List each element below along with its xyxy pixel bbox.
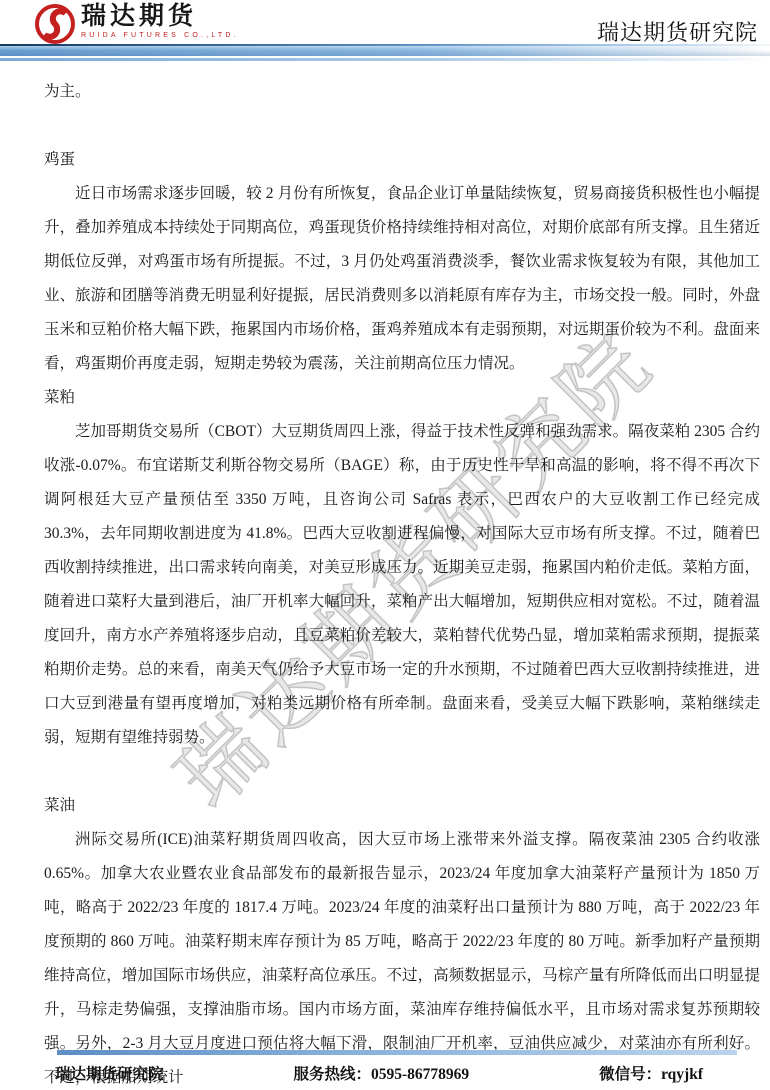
page-header: 瑞达期货 RUIDA FUTURES CO.,LTD. 瑞达期货研究院 [0,0,770,44]
header-institute-title: 瑞达期货研究院 [597,16,758,47]
section-paragraph-egg: 近日市场需求逐步回暖，较 2 月份有所恢复，食品企业订单量陆续恢复，贸易商接货积… [44,177,760,381]
footer-hotline: 服务热线：0595-86778969 [293,1062,469,1084]
footer-wechat: 微信号：rqyjkf [599,1062,703,1084]
section-heading-egg: 鸡蛋 [44,143,760,177]
ruida-logo-icon [34,3,76,45]
logo-text-block: 瑞达期货 RUIDA FUTURES CO.,LTD. [81,3,239,39]
header-divider-main-band [0,46,770,56]
report-page: 瑞达期货 RUIDA FUTURES CO.,LTD. 瑞达期货研究院 瑞达期货… [0,0,770,1090]
blank-line [44,755,760,789]
section-heading-rapeseed-meal: 菜粕 [44,381,760,415]
header-divider [0,44,770,61]
page-footer: 瑞达期货研究院 服务热线：0595-86778969 微信号：rqyjkf [55,1062,703,1084]
section-heading-rapeseed-oil: 菜油 [44,789,760,823]
company-logo: 瑞达期货 RUIDA FUTURES CO.,LTD. [34,3,239,45]
continuation-line: 为主。 [44,75,760,109]
report-body: 为主。 鸡蛋 近日市场需求逐步回暖，较 2 月份有所恢复，食品企业订单量陆续恢复… [0,61,770,1090]
section-paragraph-rapeseed-meal: 芝加哥期货交易所（CBOT）大豆期货周四上涨，得益于技术性反弹和强劲需求。隔夜菜… [44,415,760,755]
logo-company-subtitle: RUIDA FUTURES CO.,LTD. [81,32,239,39]
footer-institute: 瑞达期货研究院 [55,1062,164,1084]
footer-divider [57,1050,737,1055]
blank-line [44,109,760,143]
logo-company-name: 瑞达期货 [81,3,239,30]
